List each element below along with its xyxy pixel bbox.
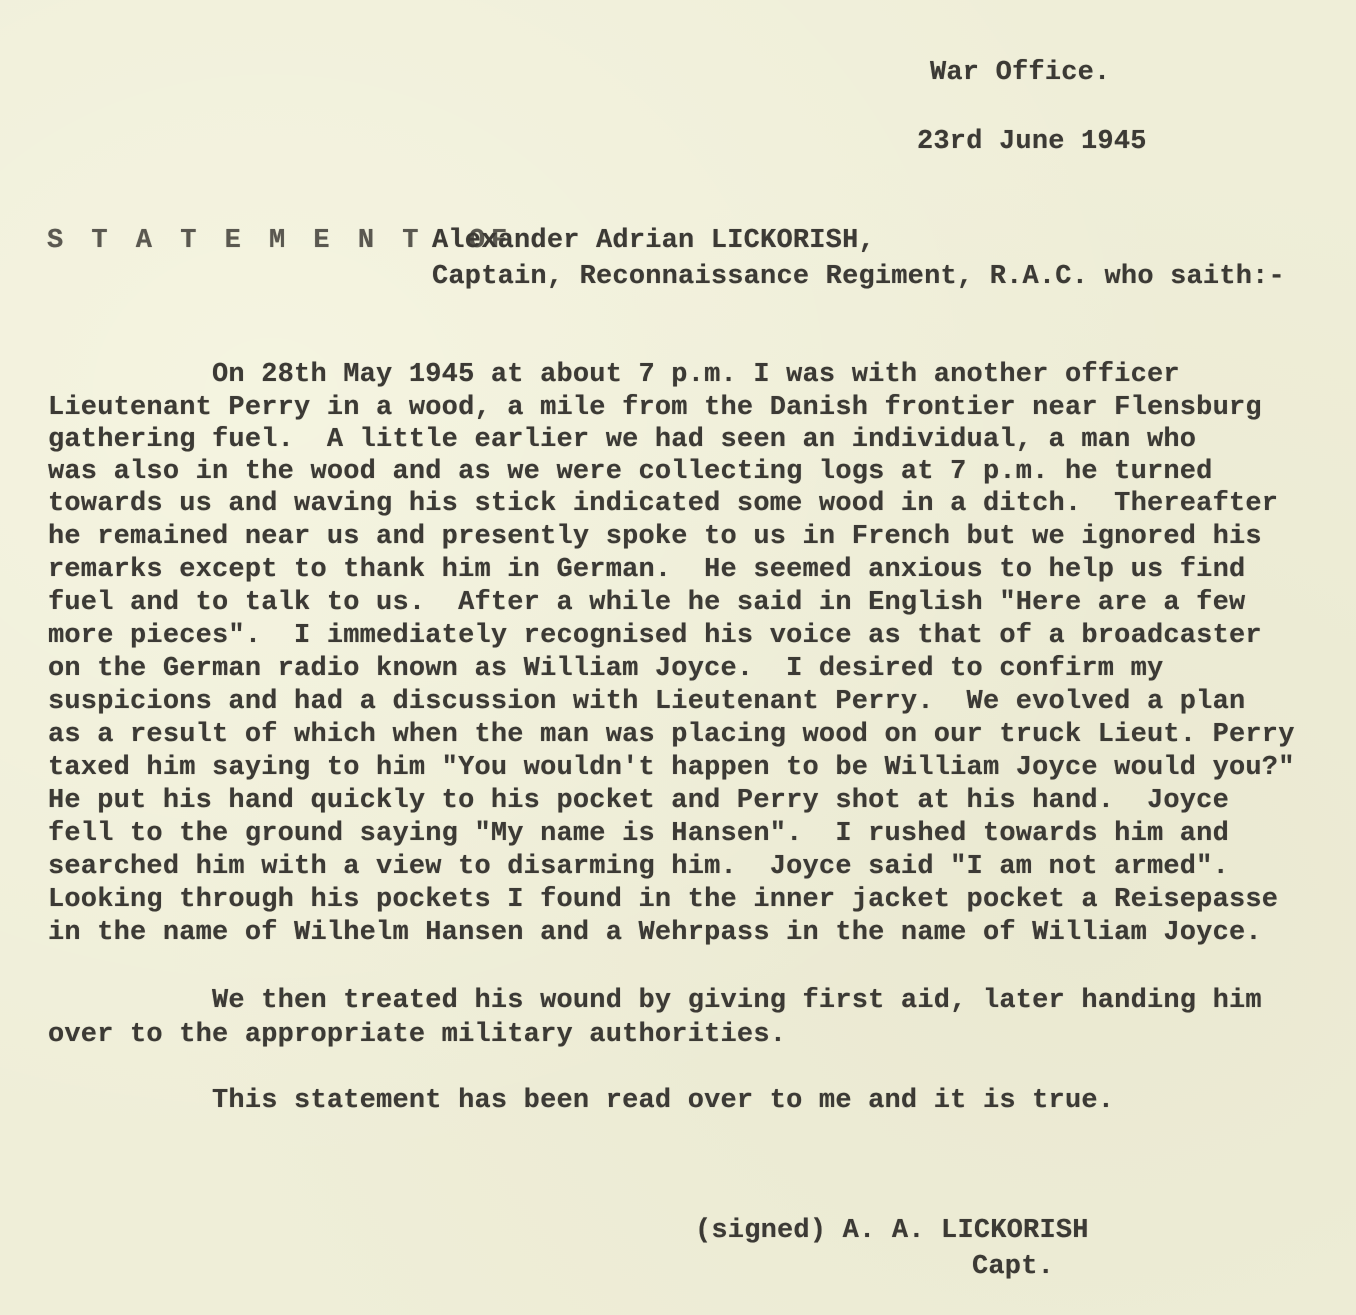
body-line: fuel and to talk to us. After a while he… bbox=[48, 588, 1245, 618]
body-line: Lieutenant Perry in a wood, a mile from … bbox=[48, 393, 1262, 423]
body-line: gathering fuel. A little earlier we had … bbox=[48, 425, 1196, 455]
signature-rank: Capt. bbox=[972, 1252, 1054, 1282]
body-line: more pieces". I immediately recognised h… bbox=[48, 621, 1262, 651]
body-line: He put his hand quickly to his pocket an… bbox=[48, 786, 1229, 816]
body-line: This statement has been read over to me … bbox=[48, 1086, 1114, 1116]
body-line: he remained near us and presently spoke … bbox=[48, 522, 1262, 552]
body-line: remarks except to thank him in German. H… bbox=[48, 555, 1245, 585]
body-line: over to the appropriate military authori… bbox=[48, 1020, 786, 1050]
body-line: towards us and waving his stick indicate… bbox=[48, 489, 1278, 519]
body-line: We then treated his wound by giving firs… bbox=[48, 986, 1262, 1016]
header-date: 23rd June 1945 bbox=[917, 127, 1147, 157]
statement-name: Alexander Adrian LICKORISH, bbox=[432, 226, 875, 256]
body-line: suspicions and had a discussion with Lie… bbox=[48, 687, 1245, 717]
body-line: was also in the wood and as we were coll… bbox=[48, 457, 1213, 487]
signature-line: (signed) A. A. LICKORISH bbox=[695, 1216, 1089, 1246]
body-line: fell to the ground saying "My name is Ha… bbox=[48, 819, 1229, 849]
header-office: War Office. bbox=[930, 58, 1110, 88]
body-line: On 28th May 1945 at about 7 p.m. I was w… bbox=[48, 360, 1180, 390]
statement-rank: Captain, Reconnaissance Regiment, R.A.C.… bbox=[432, 262, 1285, 292]
body-line: in the name of Wilhelm Hansen and a Wehr… bbox=[48, 918, 1262, 948]
body-line: taxed him saying to him "You wouldn't ha… bbox=[48, 753, 1295, 783]
body-line: Looking through his pockets I found in t… bbox=[48, 885, 1278, 915]
body-line: searched him with a view to disarming hi… bbox=[48, 852, 1229, 882]
body-line: as a result of which when the man was pl… bbox=[48, 720, 1295, 750]
document-page: War Office. 23rd June 1945 S T A T E M E… bbox=[0, 0, 1356, 1315]
body-line: on the German radio known as William Joy… bbox=[48, 654, 1163, 684]
